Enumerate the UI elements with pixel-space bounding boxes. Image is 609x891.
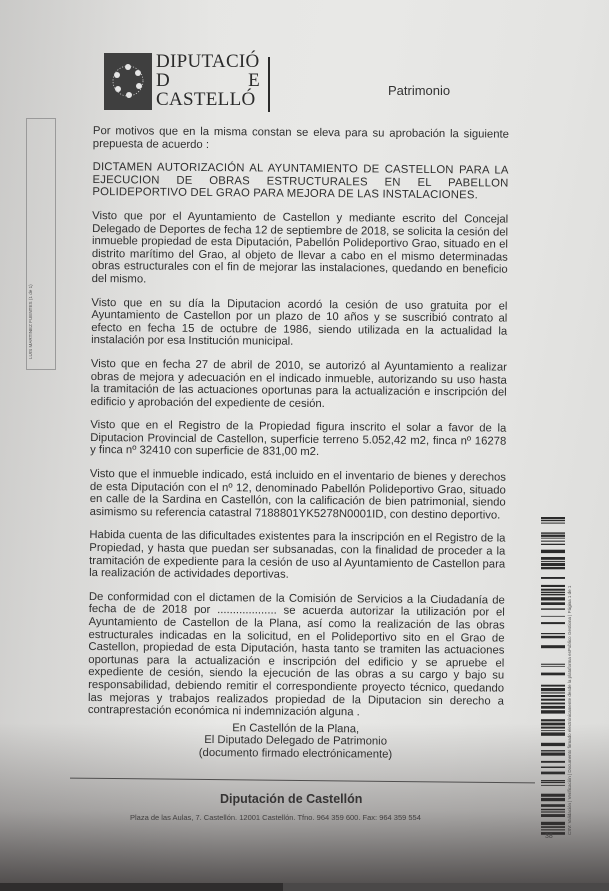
signer-name: LUIS MARTINEZ FUENTES (1 de 1) [28,179,33,359]
footer-address: Plaza de las Aulas, 7. Castellón. 12001 … [130,813,421,822]
verification-text: CSV: Validación | Verificación | Documen… [567,515,572,835]
document-page: LUIS MARTINEZ FUENTES (1 de 1) DIPUTACIÓ… [0,0,609,883]
department-label: Patrimonio [388,83,450,98]
paragraph: Visto que en fecha 27 de abril de 2010, … [91,358,507,412]
paragraph: Visto que en el Registro de la Propiedad… [90,419,506,460]
resolution-title: DICTAMEN AUTORIZACIÓN AL AYUNTAMIENTO DE… [92,161,508,202]
table-surface [0,883,609,891]
paragraph: Habida cuenta de las dificultades existe… [89,529,505,583]
footer-institution: Diputación de Castellón [220,792,362,806]
document-body: Por motivos que en la misma constan se e… [87,125,509,773]
logo-divider [268,57,270,112]
paragraph: Visto que por el Ayuntamiento de Castell… [92,210,509,289]
logo-wordmark: DIPUTACIÓ DE CASTELLÓ [156,52,264,109]
signature-side-stamp: LUIS MARTINEZ FUENTES (1 de 1) [26,118,56,370]
paragraph: Visto que en su día la Diputacion acordó… [91,297,507,351]
page-mark: 38 [545,833,553,840]
signature-block: En Castellón de la Plana, El Diputado De… [87,721,503,762]
barcode-icon [541,517,565,835]
logo-emblem-icon [104,53,152,110]
resolution-paragraph: De conformidad con el dictamen de la Com… [88,591,505,721]
intro-paragraph: Por motivos que en la misma constan se e… [93,125,509,154]
paragraph: Visto que el inmueble indicado, está inc… [90,468,506,522]
footer-divider [70,778,535,784]
